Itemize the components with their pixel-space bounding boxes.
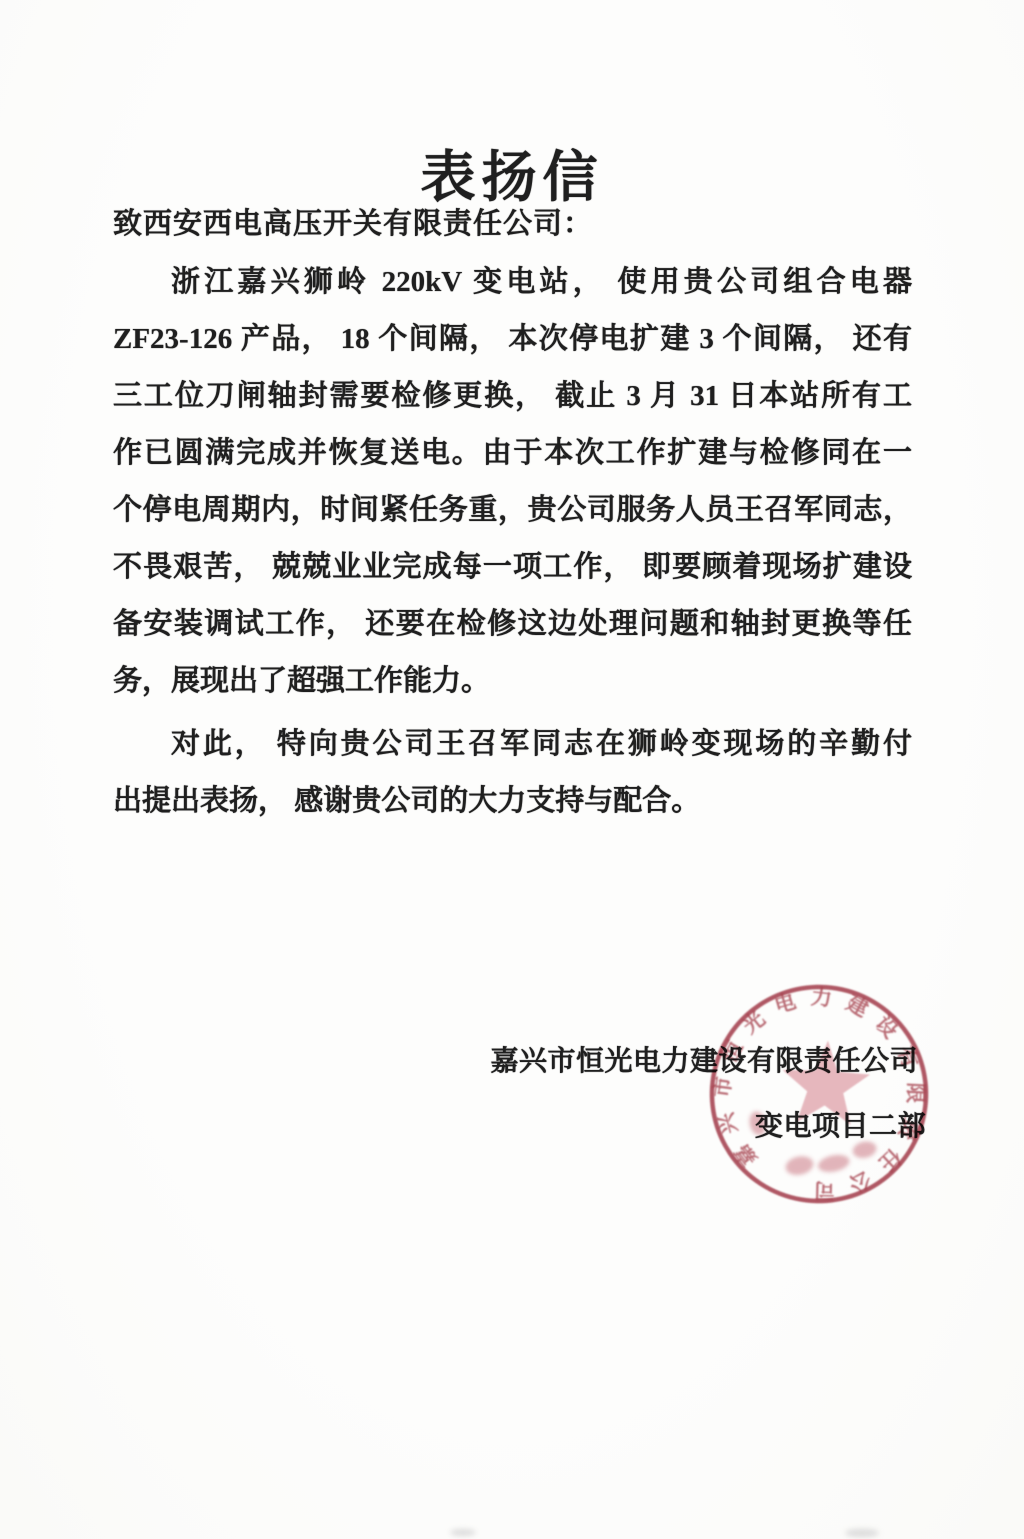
paragraph-2: 对此， 特向贵公司王召军同志在狮岭变现场的辛勤付 出提出表扬， 感谢贵公司的大力… [113, 716, 912, 830]
signature-department: 变电项目二部 [490, 1107, 926, 1147]
body-line: 出提出表扬， 感谢贵公司的大力支持与配合。 [113, 773, 912, 830]
body-line: 个停电周期内，时间紧任务重，贵公司服务人员王召军同志， [113, 482, 912, 539]
paragraph-1: 浙江嘉兴狮岭 220kV 变电站， 使用贵公司组合电器 ZF23-126 产品，… [113, 254, 912, 710]
scan-artifact [450, 1529, 476, 1536]
body-line: 对此， 特向贵公司王召军同志在狮岭变现场的辛勤付 [113, 716, 912, 773]
body-line: 三工位刀闸轴封需要检修更换， 截止 3 月 31 日本站所有工 [113, 368, 912, 425]
scan-artifact [845, 1529, 879, 1537]
signature-company: 嘉兴市恒光电力建设有限责任公司 [490, 1042, 918, 1082]
body-line: 备安装调试工作， 还要在检修这边处理问题和轴封更换等任 [113, 596, 912, 653]
body-line: 作已圆满完成并恢复送电。由于本次工作扩建与检修同在一 [113, 425, 912, 482]
signature-block: 嘉兴市恒光电力建设有限责任公司 变电项目二部 [490, 1042, 918, 1147]
letter-page: 表扬信 致西安西电高压开关有限责任公司： 浙江嘉兴狮岭 220kV 变电站， 使… [0, 0, 1024, 1539]
letter-title: 表扬信 [0, 145, 1024, 211]
body-line: 浙江嘉兴狮岭 220kV 变电站， 使用贵公司组合电器 [113, 254, 912, 311]
body-line: 不畏艰苦， 兢兢业业完成每一项工作， 即要顾着现场扩建设 [113, 539, 912, 596]
salutation-line: 致西安西电高压开关有限责任公司： [113, 204, 593, 244]
body-line: 务，展现出了超强工作能力。 [113, 653, 912, 710]
letter-body: 浙江嘉兴狮岭 220kV 变电站， 使用贵公司组合电器 ZF23-126 产品，… [113, 254, 912, 830]
body-line: ZF23-126 产品， 18 个间隔， 本次停电扩建 3 个间隔， 还有 [113, 311, 912, 368]
